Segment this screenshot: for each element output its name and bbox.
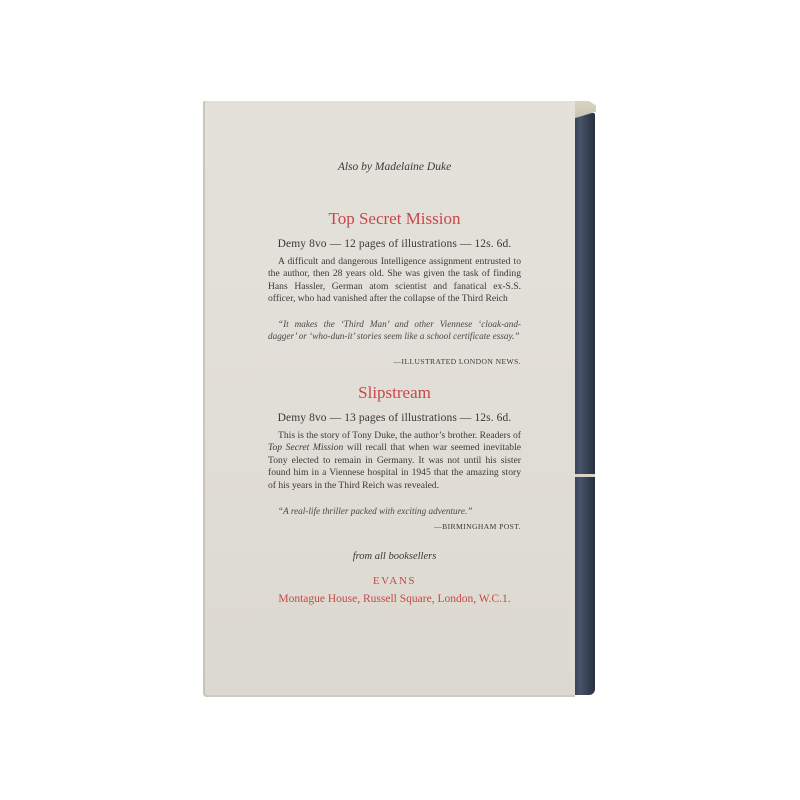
publisher-address: Montague House, Russell Square, London, …: [260, 593, 529, 605]
book-title-top-secret-mission: Top Secret Mission: [268, 209, 521, 229]
book-jacket-back: Also by Madelaine Duke Top Secret Missio…: [203, 101, 595, 697]
review-source: —BIRMINGHAM POST.: [268, 522, 521, 531]
book-title-slipstream: Slipstream: [268, 383, 521, 403]
book-description: This is the story of Tony Duke, the auth…: [268, 430, 521, 492]
book-spine: [572, 113, 595, 695]
review-quote: “A real-life thriller packed with exciti…: [268, 506, 521, 518]
description-text: This is the story of Tony Duke, the auth…: [278, 430, 521, 441]
book-description: A difficult and dangerous Intelligence a…: [268, 256, 521, 306]
review-source: —ILLUSTRATED LONDON NEWS.: [268, 357, 521, 366]
also-by-heading: Also by Madelaine Duke: [268, 161, 521, 173]
description-italic-title: Top Secret Mission: [268, 442, 343, 453]
back-cover: Also by Madelaine Duke Top Secret Missio…: [203, 101, 575, 697]
book-meta: Demy 8vo — 13 pages of illustrations — 1…: [268, 412, 521, 424]
review-quote: “It makes the ‘Third Man’ and other Vien…: [268, 319, 521, 343]
spine-band: [572, 474, 595, 477]
availability-note: from all booksellers: [268, 551, 521, 562]
publisher-name: EVANS: [268, 575, 521, 587]
book-meta: Demy 8vo — 12 pages of illustrations — 1…: [268, 238, 521, 250]
